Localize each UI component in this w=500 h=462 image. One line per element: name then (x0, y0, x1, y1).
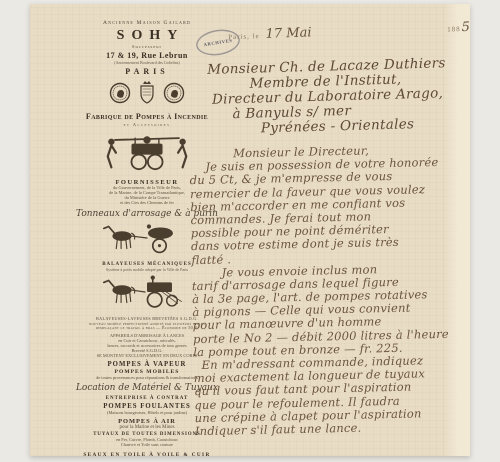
dateline-day-month: 17 Mai (265, 25, 311, 42)
recipient-block: Monsieur Ch. de Lacaze DuthiersMembre de… (201, 54, 493, 137)
letter-body: Monsieur le Directeur,Je suis en possess… (189, 141, 497, 437)
handwritten-dateline: Paris, le 17 Mai 188 5 (228, 20, 470, 43)
letterhead-line: Chanvre et Toile sans couture (56, 443, 238, 448)
letter-scan: Ancienne Maison Gailard SOHY Successeur … (0, 0, 500, 462)
letter-paper: Ancienne Maison Gailard SOHY Successeur … (30, 4, 470, 456)
letterhead-pretitle: Ancienne Maison Gailard (56, 20, 238, 26)
crest-icon (137, 80, 157, 111)
dateline-printed-prefix: Paris, le (228, 32, 260, 41)
dateline-printed-year: 188 (447, 25, 461, 33)
dateline-year-digit: 5 (461, 20, 470, 35)
medal-left-icon (109, 82, 131, 109)
medal-right-icon (163, 82, 185, 109)
tuyaux-lines: en Fer, Cuivre, Plomb, CaoutchoucChanvre… (56, 438, 238, 448)
seaux-line: SEAUX EN TOILE À VOILE & CUIR (56, 453, 238, 459)
